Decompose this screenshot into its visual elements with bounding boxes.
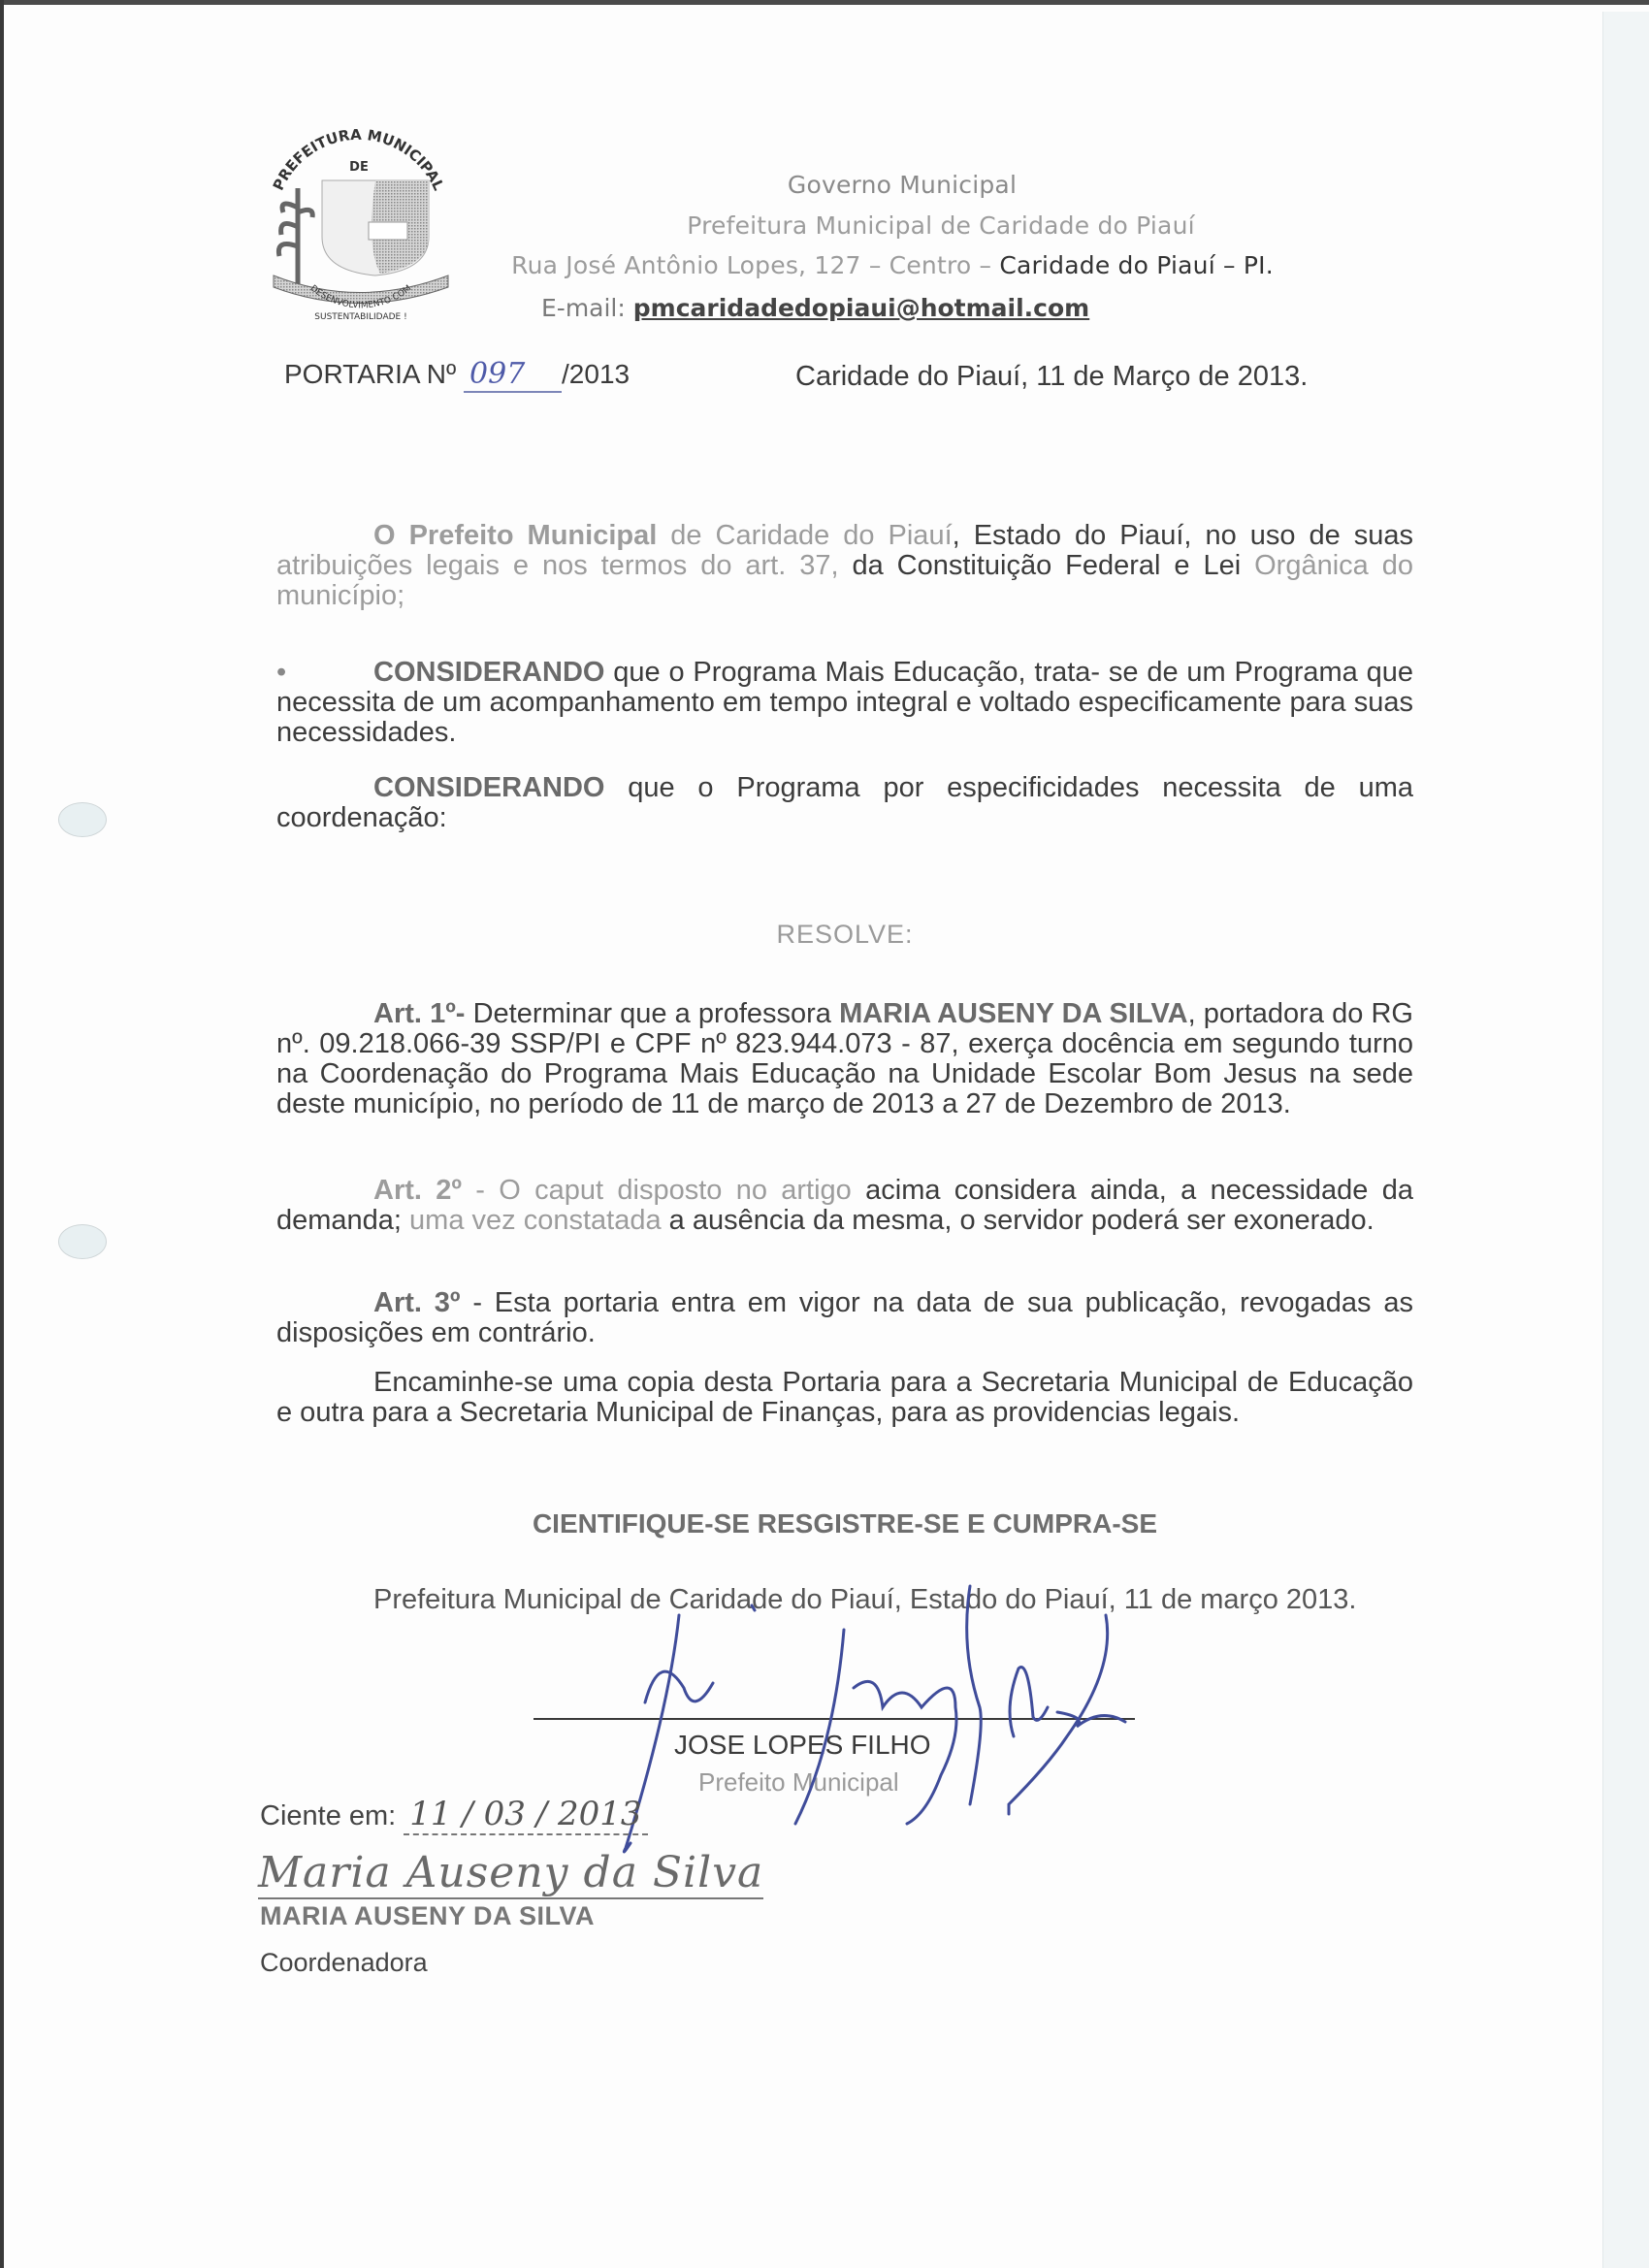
signature-line [533,1718,1135,1720]
considerando-2: CONSIDERANDO que o Programa por especifi… [276,773,1413,833]
handwritten-ack-date: 11 / 03 / 2013 [404,1795,647,1835]
portaria-number: PORTARIA Nº 097/2013 [284,357,630,393]
signatory-role: Prefeito Municipal [698,1767,899,1798]
resolve-heading: RESOLVE: [276,920,1413,950]
coordinator-role: Coordenadora [260,1948,428,1978]
punch-hole-top [58,802,107,837]
letterhead-email: E-mail: pmcaridadedopiaui@hotmail.com [541,294,1089,322]
signatory-name: JOSE LOPES FILHO [674,1730,931,1761]
forwarding-paragraph: Encaminhe-se uma copia desta Portaria pa… [276,1368,1413,1428]
acknowledgement-date: Ciente em: 11 / 03 / 2013 [260,1795,648,1835]
scan-edge-left [0,0,4,2268]
coordinator-name: MARIA AUSENY DA SILVA [260,1901,595,1931]
closing-place-date: Prefeitura Municipal de Caridade do Piau… [276,1585,1413,1615]
scan-edge-top [0,0,1649,5]
scan-edge-right [1602,12,1649,2268]
svg-text:SUSTENTABILIDADE !: SUSTENTABILIDADE ! [314,312,406,322]
handwritten-portaria-number: 097 [464,357,562,393]
email-link[interactable]: pmcaridadedopiaui@hotmail.com [633,294,1089,322]
article-1: Art. 1º- Determinar que a professora MAR… [276,999,1413,1119]
letterhead-address: Rua José Antônio Lopes, 127 – Centro – C… [456,251,1329,279]
svg-text:DE: DE [349,160,369,175]
mayor-handwritten-signature [0,0,1649,2268]
portaria-place-date: Caridade do Piauí, 11 de Março de 2013. [795,361,1308,393]
article-3: Art. 3º - Esta portaria entra em vigor n… [276,1288,1413,1348]
letterhead-government: Governo Municipal [466,171,1339,199]
letterhead-prefeitura: Prefeitura Municipal de Caridade do Piau… [504,211,1377,240]
considerando-1: •CONSIDERANDO que o Programa Mais Educaç… [276,658,1413,748]
punch-hole-bottom [58,1224,107,1259]
closing-formula: CIENTIFIQUE-SE RESGISTRE-SE E CUMPRA-SE [276,1508,1413,1539]
preamble-paragraph: O Prefeito Municipal de Caridade do Piau… [276,521,1413,611]
municipal-coat-of-arms-logo: PREFEITURA MUNICIPAL DE DESENVOLVIMENTO … [254,120,463,329]
coordinator-handwritten-signature: Maria Auseny da Silva [258,1848,763,1899]
article-2: Art. 2º - O caput disposto no artigo aci… [276,1176,1413,1236]
